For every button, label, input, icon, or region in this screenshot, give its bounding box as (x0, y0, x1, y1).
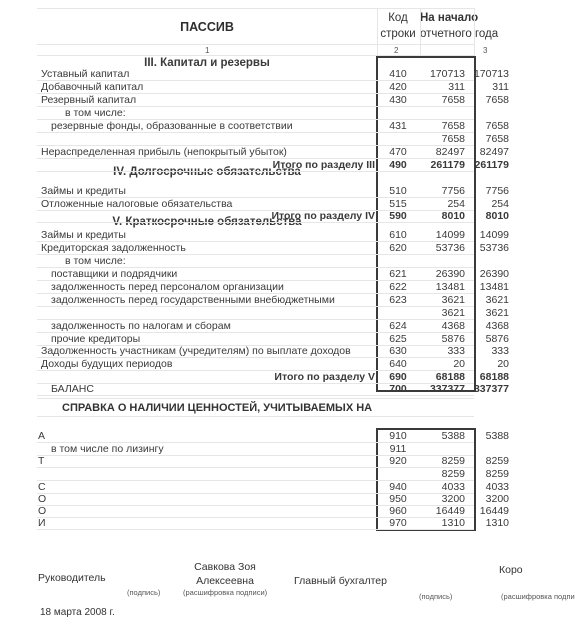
row-label: Уставный капитал (41, 68, 129, 80)
row-code: 940 (377, 481, 419, 493)
accountant-label: Главный бухгалтер (294, 575, 387, 587)
row-label: Резервный капитал (41, 94, 136, 106)
row-code: 950 (377, 493, 419, 505)
row-value-end: 254 (467, 198, 509, 210)
reference-title: СПРАВКА О НАЛИЧИИ ЦЕННОСТЕЙ, УЧИТЫВАЕМЫХ… (62, 402, 372, 414)
table-row: БАЛАНС700337377337377 (37, 383, 474, 395)
row-label: Кредиторская задолженность (41, 242, 186, 254)
row-code: 624 (377, 320, 419, 332)
row-value-end: 8259 (467, 468, 509, 480)
table-row: Займы и кредиты6101409914099 (37, 229, 474, 241)
row-code: 960 (377, 505, 419, 517)
row-label: Отложенные налоговые обязательства (41, 198, 232, 210)
row-label: Итого по разделу III (273, 159, 375, 171)
row-code: 420 (377, 81, 419, 93)
row-value-start: 311 (419, 81, 465, 93)
row-value-end: 26390 (467, 268, 509, 280)
row-code: 622 (377, 281, 419, 293)
row-value-start: 7658 (419, 133, 465, 145)
row-label: Итого по разделу V (274, 371, 375, 383)
grid-line (37, 416, 474, 417)
table-row: Нераспределенная прибыль (непокрытый убы… (37, 146, 474, 158)
grid-line (37, 222, 474, 223)
row-value-end: 14099 (467, 229, 509, 241)
table-row: Займы и кредиты51077567756 (37, 185, 474, 197)
row-label: задолженность по налогам и сборам (51, 320, 231, 332)
accountant-name-caption: (расшифровка подписи (501, 592, 575, 601)
accountant-name: Коро (499, 564, 523, 576)
table-row: Итого по разделу V6906818868188 (37, 371, 474, 383)
row-value-end: 16449 (467, 505, 509, 517)
row-value-end: 3621 (467, 294, 509, 306)
table-row: поставщики и подрядчики6212639026390 (37, 268, 474, 280)
row-code: 625 (377, 333, 419, 345)
row-code: 911 (377, 443, 419, 455)
table-row: Задолженность участникам (учредителям) п… (37, 345, 474, 357)
row-code: 515 (377, 198, 419, 210)
row-code: 640 (377, 358, 419, 370)
row-code: 620 (377, 242, 419, 254)
row-value-start: 26390 (419, 268, 465, 280)
accountant-sign-caption: (подпись) (419, 592, 452, 601)
col-number-3: 3 (483, 46, 487, 55)
row-value-end: 8010 (467, 210, 509, 222)
row-label: И (38, 517, 46, 529)
row-code: 610 (377, 229, 419, 241)
row-label: О (38, 505, 46, 517)
row-label: задолженность перед персоналом организац… (51, 281, 284, 293)
reference-row: А91053885388 (37, 430, 474, 442)
row-value-start: 170713 (419, 68, 465, 80)
row-label: А (38, 430, 45, 442)
table-row: задолженность по налогам и сборам6244368… (37, 320, 474, 332)
row-value-end: 7658 (467, 133, 509, 145)
row-value-end: 337377 (467, 383, 509, 395)
row-value-start: 8259 (419, 468, 465, 480)
row-value-start: 333 (419, 345, 465, 357)
row-value-end: 311 (467, 81, 509, 93)
table-row: Добавочный капитал420311311 (37, 81, 474, 93)
row-code: 490 (377, 159, 419, 171)
head-name-caption: (расшифровка подписи) (183, 588, 267, 597)
grid-line (37, 395, 474, 396)
table-row: задолженность перед персоналом организац… (37, 281, 474, 293)
row-label: в том числе: (65, 255, 126, 267)
row-value-start: 1310 (419, 517, 465, 529)
reference-row: 82598259 (37, 468, 474, 480)
row-label: поставщики и подрядчики (51, 268, 177, 280)
date: 18 марта 2008 г. (40, 607, 115, 618)
grid-line (420, 8, 421, 56)
row-label: Нераспределенная прибыль (непокрытый убы… (41, 146, 287, 158)
row-value-start: 3200 (419, 493, 465, 505)
row-value-end: 7658 (467, 94, 509, 106)
row-value-start: 8010 (419, 210, 465, 222)
table-row: 76587658 (37, 133, 474, 145)
row-value-end: 1310 (467, 517, 509, 529)
row-value-end: 5876 (467, 333, 509, 345)
table-row: 36213621 (37, 307, 474, 319)
row-value-start: 5388 (419, 430, 465, 442)
row-label: резервные фонды, образованные в соответс… (51, 120, 293, 132)
row-value-start: 254 (419, 198, 465, 210)
row-code: 970 (377, 517, 419, 529)
row-value-start: 7658 (419, 120, 465, 132)
row-value-start: 14099 (419, 229, 465, 241)
row-value-start: 68188 (419, 371, 465, 383)
row-value-start: 8259 (419, 455, 465, 467)
row-value-end: 8259 (467, 455, 509, 467)
row-value-start: 13481 (419, 281, 465, 293)
row-value-start: 3621 (419, 307, 465, 319)
row-value-start: 4368 (419, 320, 465, 332)
row-value-start: 53736 (419, 242, 465, 254)
row-code: 510 (377, 185, 419, 197)
table-title: ПАССИВ (37, 10, 377, 44)
row-value-end: 261179 (467, 159, 509, 171)
row-code: 431 (377, 120, 419, 132)
table-row: Кредиторская задолженность6205373653736 (37, 242, 474, 254)
table-row: Резервный капитал43076587658 (37, 94, 474, 106)
grid-line (37, 398, 474, 399)
row-label: прочие кредиторы (51, 333, 140, 345)
table-row: Уставный капитал410170713170713 (37, 68, 474, 80)
row-code: 700 (377, 383, 419, 395)
reference-row: Т92082598259 (37, 455, 474, 467)
code-column-header: Код строки (377, 10, 419, 42)
row-value-end: 7756 (467, 185, 509, 197)
table-row: Доходы будущих периодов6402020 (37, 358, 474, 370)
row-label: Задолженность участникам (учредителям) п… (41, 345, 351, 357)
row-label: Т (38, 455, 44, 467)
col-number-2: 2 (394, 46, 398, 55)
row-value-end: 20 (467, 358, 509, 370)
grid-line (37, 44, 474, 45)
row-label: Доходы будущих периодов (41, 358, 172, 370)
start-of-year-header: На начало отчетного года (420, 10, 476, 42)
reference-row: И97013101310 (37, 517, 474, 529)
grid-line (474, 8, 475, 56)
row-code: 621 (377, 268, 419, 280)
row-code: 690 (377, 371, 419, 383)
reference-row: О95032003200 (37, 493, 474, 505)
row-value-start: 261179 (419, 159, 465, 171)
table-row: в том числе: (37, 107, 474, 119)
row-code: 470 (377, 146, 419, 158)
row-label: Добавочный капитал (41, 81, 143, 93)
reference-row: в том числе по лизингу911 (37, 443, 474, 455)
row-value-end: 4368 (467, 320, 509, 332)
table-row: в том числе: (37, 255, 474, 267)
row-code: 920 (377, 455, 419, 467)
row-value-end: 4033 (467, 481, 509, 493)
row-code: 590 (377, 210, 419, 222)
row-label: Итого по разделу IV (271, 210, 375, 222)
row-label: Займы и кредиты (41, 185, 126, 197)
row-value-start: 3621 (419, 294, 465, 306)
row-label: О (38, 493, 46, 505)
row-label: в том числе: (65, 107, 126, 119)
row-label: в том числе по лизингу (51, 443, 164, 455)
row-code: 910 (377, 430, 419, 442)
row-code: 630 (377, 345, 419, 357)
table-row: Итого по разделу III490261179261179 (37, 159, 474, 171)
head-label: Руководитель (38, 572, 106, 584)
row-label: задолженность перед государственными вне… (51, 294, 335, 306)
table-row: прочие кредиторы62558765876 (37, 333, 474, 345)
row-value-end: 53736 (467, 242, 509, 254)
reference-row: С94040334033 (37, 481, 474, 493)
row-value-end: 5388 (467, 430, 509, 442)
row-code: 623 (377, 294, 419, 306)
row-value-start: 4033 (419, 481, 465, 493)
row-value-end: 170713 (467, 68, 509, 80)
row-value-end: 82497 (467, 146, 509, 158)
table-row: задолженность перед государственными вне… (37, 294, 474, 306)
row-value-end: 7658 (467, 120, 509, 132)
row-value-end: 68188 (467, 371, 509, 383)
row-value-start: 5876 (419, 333, 465, 345)
row-value-start: 7756 (419, 185, 465, 197)
table-row: Отложенные налоговые обязательства515254… (37, 198, 474, 210)
grid-line (37, 171, 474, 172)
row-code: 410 (377, 68, 419, 80)
grid-line (377, 8, 378, 56)
head-name: Савкова Зоя Алексеевна (180, 560, 270, 588)
row-value-start: 20 (419, 358, 465, 370)
table-row: Итого по разделу IV59080108010 (37, 210, 474, 222)
row-value-start: 82497 (419, 146, 465, 158)
row-value-end: 333 (467, 345, 509, 357)
row-value-start: 7658 (419, 94, 465, 106)
col-number-1: 1 (205, 46, 209, 55)
row-code: 430 (377, 94, 419, 106)
row-label: БАЛАНС (51, 383, 94, 395)
row-label: Займы и кредиты (41, 229, 126, 241)
reference-row: О9601644916449 (37, 505, 474, 517)
head-sign-caption: (подпись) (127, 588, 160, 597)
row-value-end: 3621 (467, 307, 509, 319)
grid-line (37, 8, 474, 9)
row-value-end: 13481 (467, 281, 509, 293)
row-value-start: 16449 (419, 505, 465, 517)
row-label: С (38, 481, 46, 493)
row-value-start: 337377 (419, 383, 465, 395)
row-value-end: 3200 (467, 493, 509, 505)
grid-line (37, 529, 474, 530)
table-row: резервные фонды, образованные в соответс… (37, 120, 474, 132)
